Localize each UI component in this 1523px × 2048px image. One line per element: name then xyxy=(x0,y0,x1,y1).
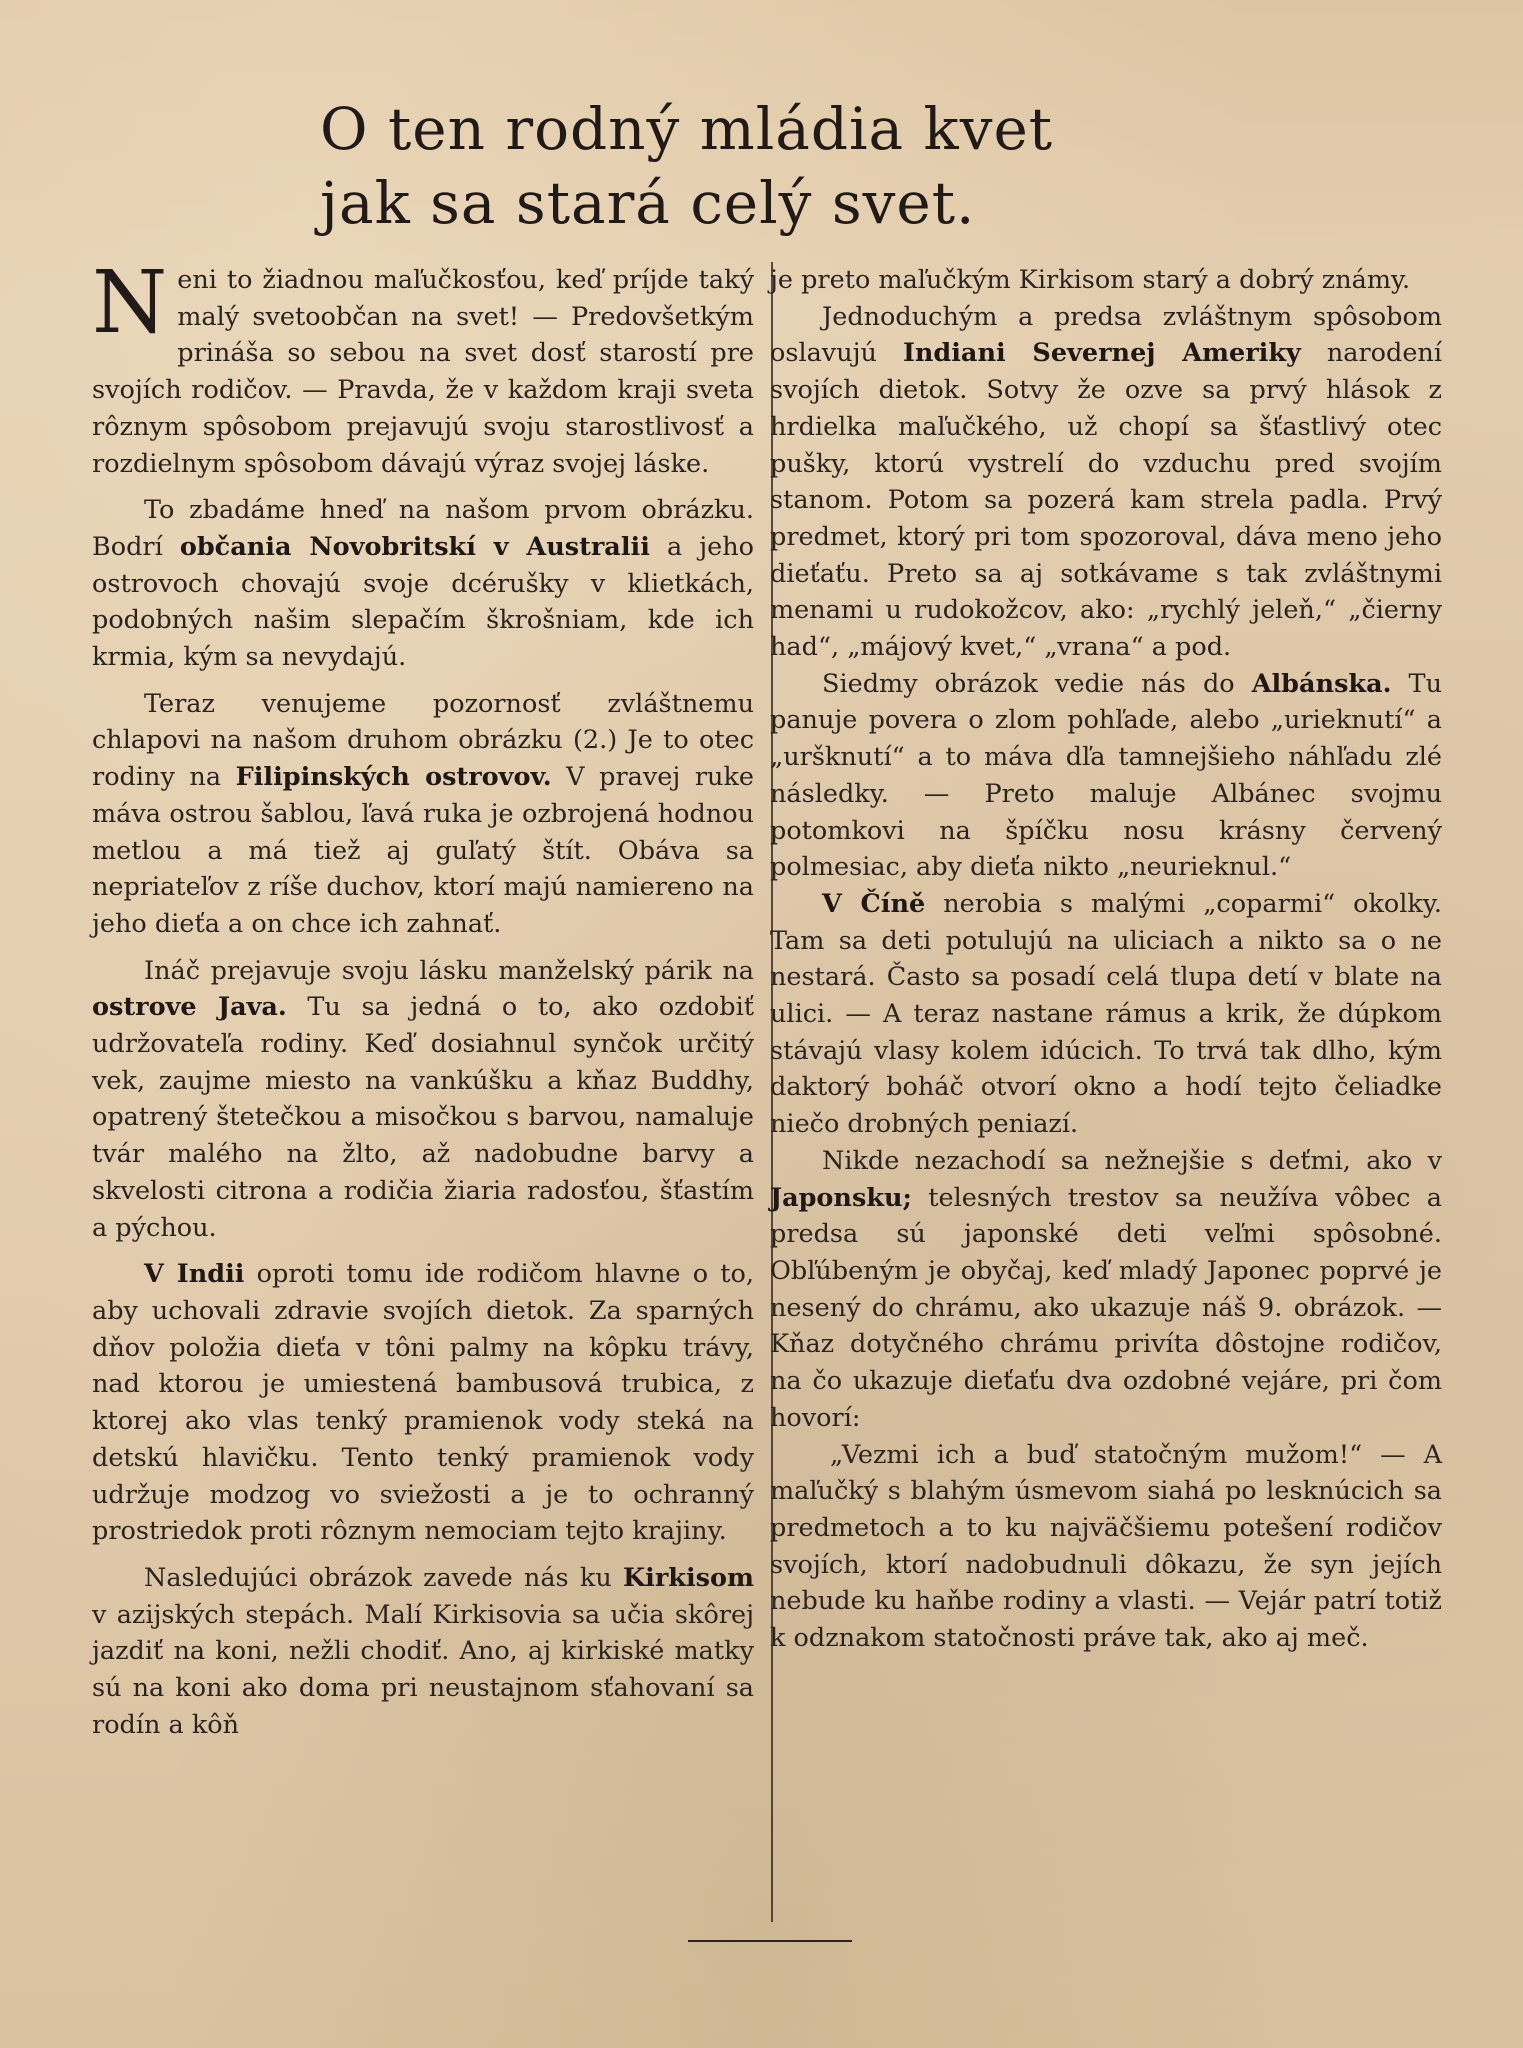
paragraph-text: Ináč prejavuje svoju lásku manželský pár… xyxy=(144,956,754,986)
emphasis-location: V Indii xyxy=(144,1259,244,1289)
paragraph-text: v azijských stepách. Malí Kirkisovia sa … xyxy=(92,1600,754,1740)
drop-cap: N xyxy=(92,268,167,338)
emphasis-location: ostrove Java. xyxy=(92,992,287,1022)
paragraph-india: V Indii oproti tomu ide rodičom hlavne o… xyxy=(92,1256,754,1550)
emphasis-location: Indiani Severnej Ameriky xyxy=(903,338,1301,368)
paragraph-quote: „Vezmi ich a buď statočným mužom!“ — A m… xyxy=(770,1437,1442,1657)
paragraph-java: Ináč prejavuje svoju lásku manželský pár… xyxy=(92,953,754,1247)
paragraph-intro: Neni to žiadnou maľučkosťou, keď príjde … xyxy=(92,262,754,482)
paragraph-text: Tu sa jedná o to, ako ozdobiť udržovateľ… xyxy=(92,992,754,1242)
paragraph-north-america: Jednoduchým a predsa zvláštnym spôsobom … xyxy=(770,299,1442,666)
emphasis-location: občania Novobritskí v Australii xyxy=(180,532,650,562)
paragraph-text: Nasledujúci obrázok zavede nás ku xyxy=(144,1563,623,1593)
paragraph-text: eni to žiadnou maľučkosťou, keď príjde t… xyxy=(92,265,754,479)
right-column: je preto maľučkým Kirkisom starý a dobrý… xyxy=(770,262,1442,1657)
paragraph-text: Tu panuje povera o zlom pohľade, alebo „… xyxy=(770,669,1442,883)
paragraph-text: oproti tomu ide rodičom hlavne o to, aby… xyxy=(92,1259,754,1546)
newspaper-page: O ten rodný mládia kvet jak sa stará cel… xyxy=(0,0,1523,2048)
left-column: Neni to žiadnou maľučkosťou, keď príjde … xyxy=(92,262,754,1743)
paragraph-text: narodení svojích dietok. Sotvy že ozve s… xyxy=(770,338,1442,662)
paragraph-japan: Nikde nezachodí sa nežnejšie s deťmi, ak… xyxy=(770,1143,1442,1437)
paragraph-australia: To zbadáme hneď na našom prvom obrázku. … xyxy=(92,492,754,676)
paragraph-china: V Číně nerobia s malými „coparmi“ okolky… xyxy=(770,886,1442,1143)
end-rule xyxy=(688,1940,852,1942)
paragraph-text: Nikde nezachodí sa nežnejšie s deťmi, ak… xyxy=(822,1146,1442,1176)
paragraph-text: telesných trestov sa neužíva vôbec a pre… xyxy=(770,1183,1442,1433)
paragraph-kirkis-continued: je preto maľučkým Kirkisom starý a dobrý… xyxy=(770,262,1442,299)
paragraph-text: Siedmy obrázok vedie nás do xyxy=(822,669,1252,699)
emphasis-location: V Číně xyxy=(822,889,925,919)
title-line-2: jak sa stará celý svet. xyxy=(320,166,1220,240)
emphasis-location: Japonsku; xyxy=(770,1183,912,1213)
emphasis-location: Albánska. xyxy=(1252,669,1392,699)
title-line-1: O ten rodný mládia kvet xyxy=(320,92,1220,166)
emphasis-location: Kirkisom xyxy=(623,1563,754,1593)
emphasis-location: Filipinských ostrovov. xyxy=(236,762,552,792)
article-title: O ten rodný mládia kvet jak sa stará cel… xyxy=(320,92,1220,240)
paragraph-philippines: Teraz venujeme pozornosť zvláštnemu chla… xyxy=(92,686,754,943)
paragraph-kirkis: Nasledujúci obrázok zavede nás ku Kirkis… xyxy=(92,1560,754,1744)
paragraph-text: nerobia s malými „coparmi“ okolky. Tam s… xyxy=(770,889,1442,1139)
paragraph-albania: Siedmy obrázok vedie nás do Albánska. Tu… xyxy=(770,666,1442,886)
